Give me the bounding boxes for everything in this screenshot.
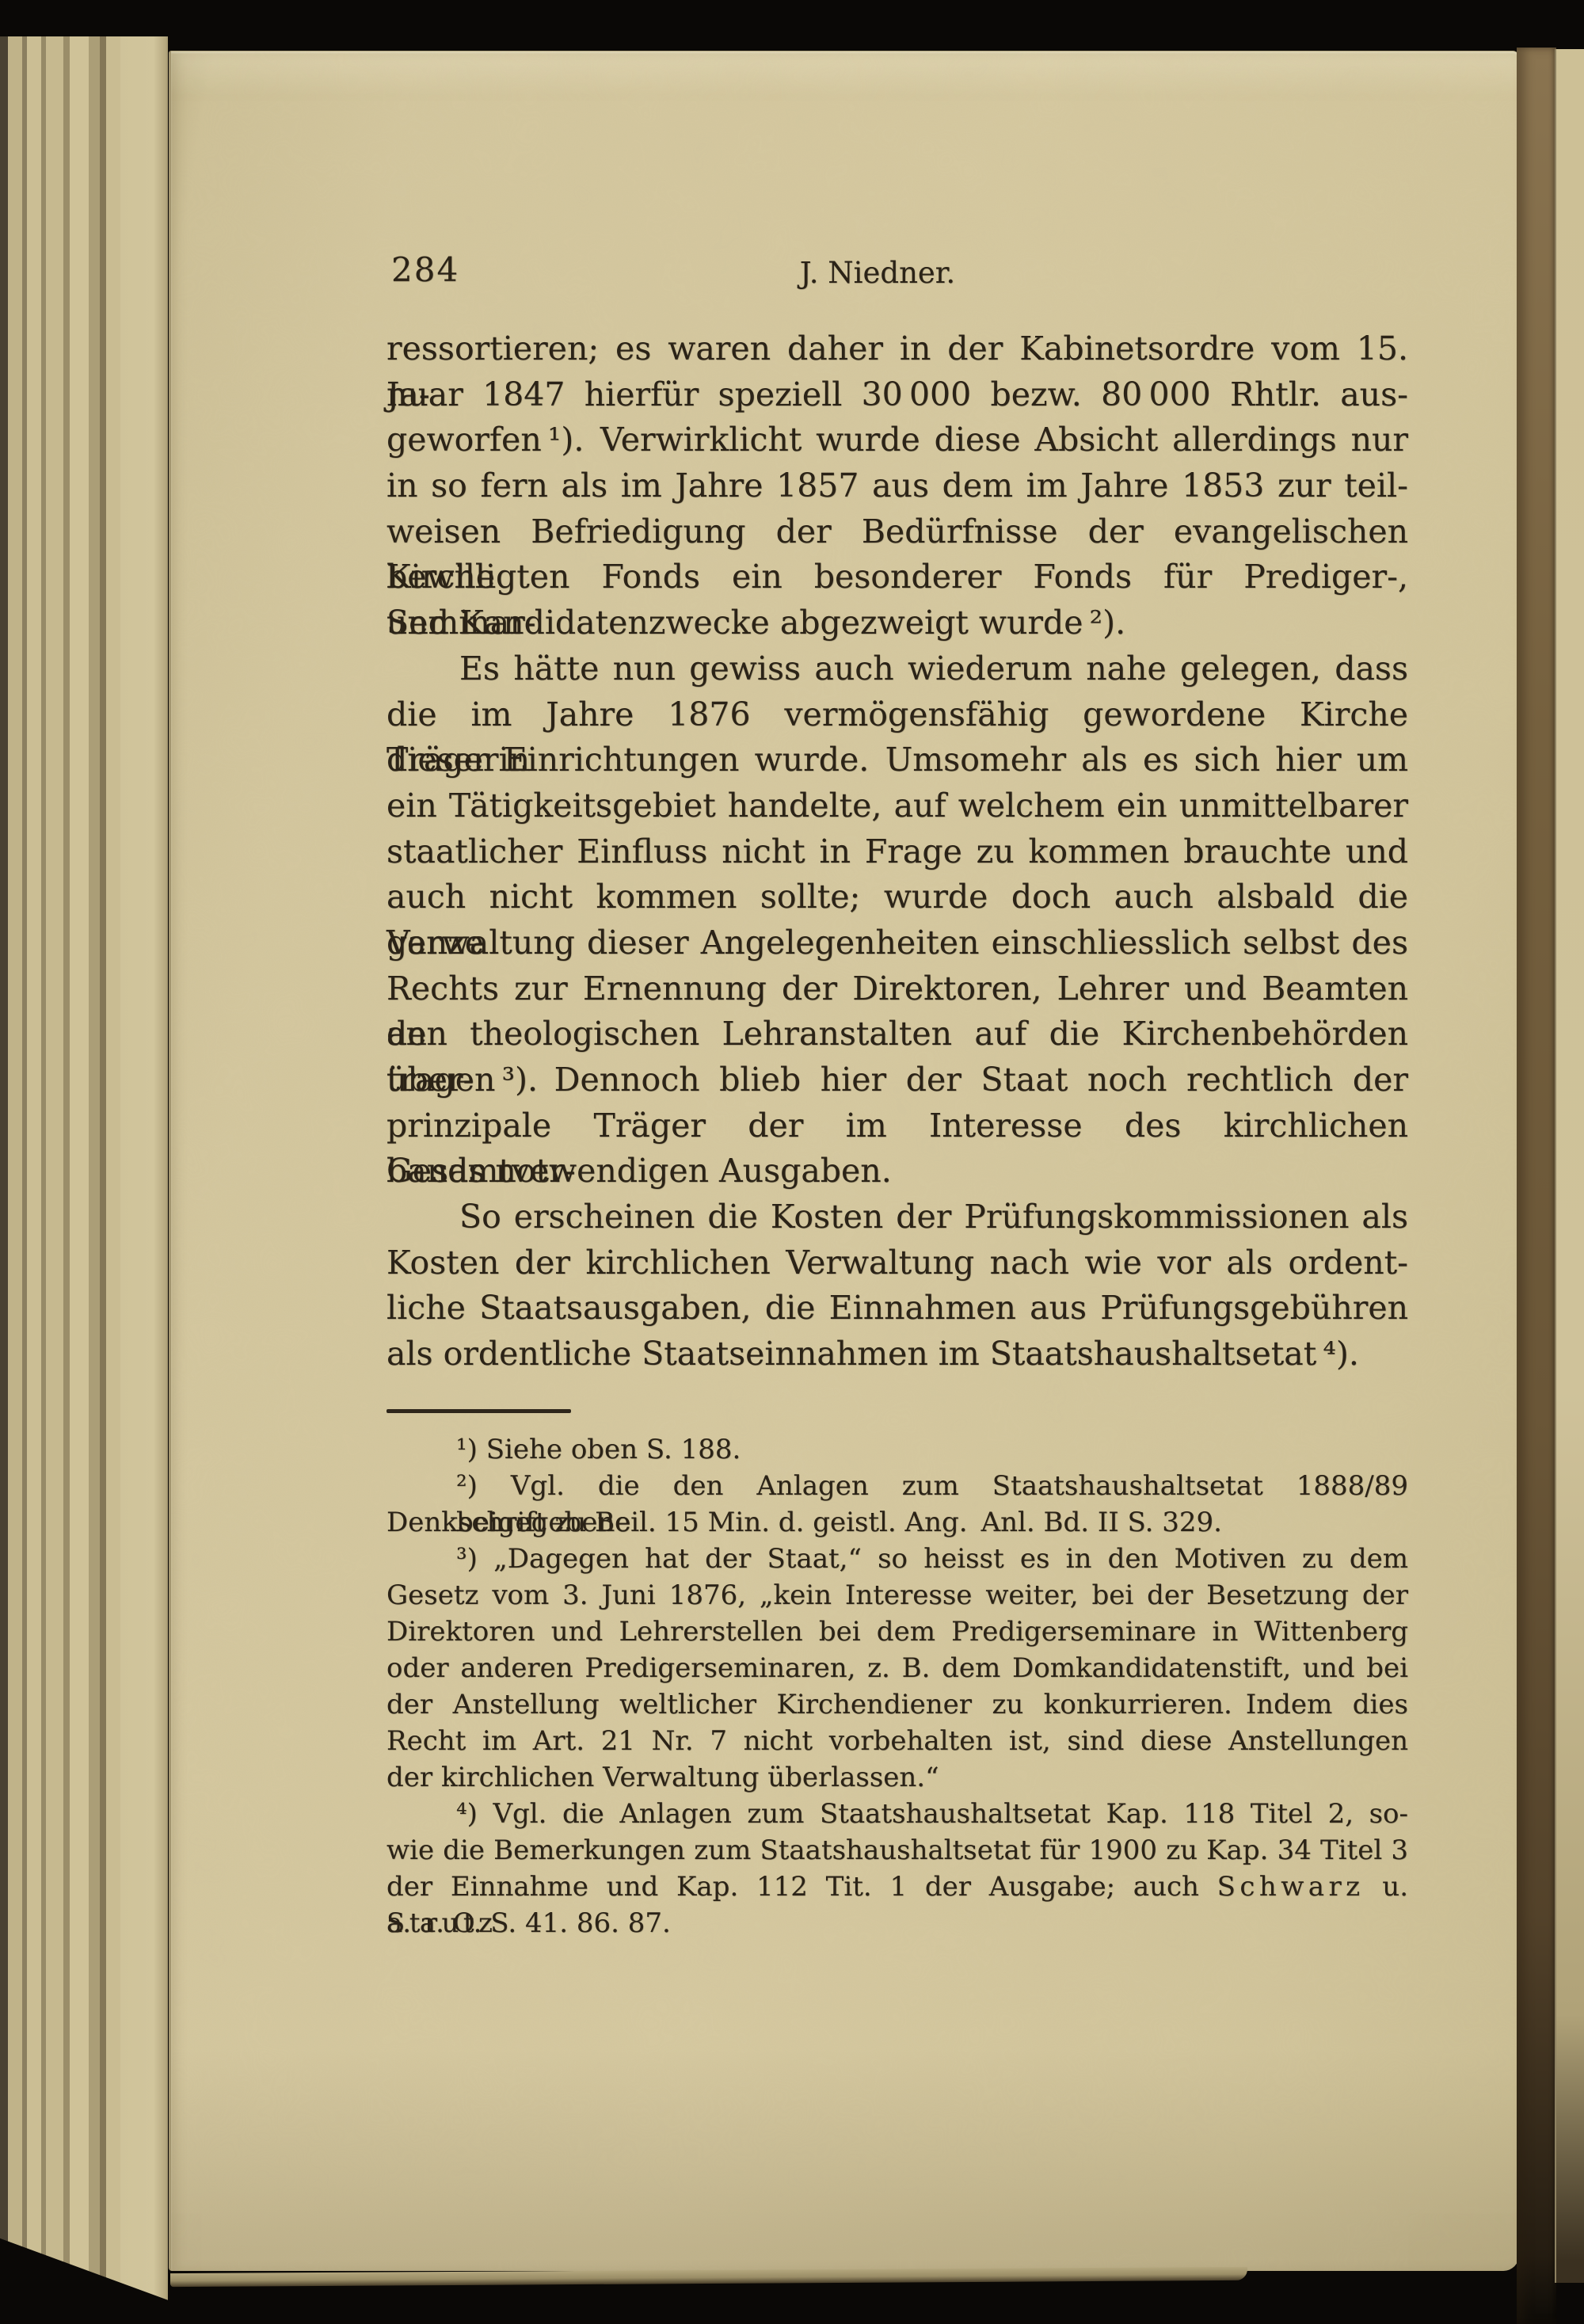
footnote-line: der Einnahme und Kap. 112 Tit. 1 der Aus… [386,1869,1408,1905]
paragraph: So erscheinen die Kosten der Prüfungskom… [386,1194,1408,1377]
body-line: Verwaltung dieser Angelegenheiten einsch… [386,920,1408,966]
footnote-line: oder anderen Predigerseminaren, z. B. de… [386,1650,1408,1686]
body-line: staatlicher Einfluss nicht in Frage zu k… [386,829,1408,875]
body-line: auch nicht kommen sollte; wurde doch auc… [386,874,1408,920]
body-line: ressortieren; es waren daher in der Kabi… [386,326,1408,372]
footnote: ⁴) Vgl. die Anlagen zum Staatshaushaltse… [386,1796,1408,1941]
body-line: in so fern als im Jahre 1857 aus dem im … [386,463,1408,509]
page-text: 284 J. Niedner. ressortieren; es waren d… [0,0,1584,2324]
footnote-line: ³) „Dagegen hat der Staat,“ so heisst es… [386,1541,1408,1577]
paragraph: ressortieren; es waren daher in der Kabi… [386,326,1408,646]
cited-author-name: Schwarz [1217,1871,1365,1903]
footnote-line: ⁴) Vgl. die Anlagen zum Staatshaushaltse… [386,1796,1408,1832]
body-line: ein Tätigkeitsgebiet handelte, auf welch… [386,783,1408,829]
footnote-text-segment: der Einnahme und Kap. 112 Tit. 1 der Aus… [386,1871,1217,1903]
scanned-book-photo: 284 J. Niedner. ressortieren; es waren d… [0,0,1584,2324]
body-line: geworfen ¹). Verwirklicht wurde diese Ab… [386,417,1408,463]
running-header-author: J. Niedner. [386,256,1369,290]
body-line: Es hätte nun gewiss auch wiederum nahe g… [386,646,1408,692]
body-line: So erscheinen die Kosten der Prüfungskom… [386,1194,1408,1240]
footnotes: ¹) Siehe oben S. 188. ²) Vgl. die den An… [386,1431,1408,1941]
footnote: ¹) Siehe oben S. 188. [386,1431,1408,1468]
body-line: den theologischen Lehranstalten auf die … [386,1012,1408,1057]
paragraph: Es hätte nun gewiss auch wiederum nahe g… [386,646,1408,1194]
footnote-line: ²) Vgl. die den Anlagen zum Staatshausha… [386,1468,1408,1504]
body-line: prinzipale Träger der im Interesse des k… [386,1103,1408,1149]
footnote: ³) „Dagegen hat der Staat,“ so heisst es… [386,1541,1408,1796]
footnote-line: Direktoren und Lehrerstellen bei dem Pre… [386,1613,1408,1650]
footnote-line: a. a. O. S. 41. 86. 87. [386,1905,1408,1941]
body-line: bands notwendigen Ausgaben. [386,1149,1408,1194]
footnote-line: der Anstellung weltlicher Kirchendiener … [386,1686,1408,1723]
body-line: Rechts zur Ernennung der Direktoren, Leh… [386,966,1408,1012]
body-line: bewilligten Fonds ein besonderer Fonds f… [386,554,1408,600]
body-line: und Kandidatenzwecke abgezweigt wurde ²)… [386,600,1408,646]
body-line: als ordentliche Staatseinnahmen im Staat… [386,1332,1408,1377]
footnote-text-segment: u. [1365,1871,1408,1903]
body-line: dieser Einrichtungen wurde. Umsomehr als… [386,737,1408,783]
footnote-line: wie die Bemerkungen zum Staatshaushaltse… [386,1832,1408,1869]
body-text: ressortieren; es waren daher in der Kabi… [386,326,1408,1377]
footnote-line: Recht im Art. 21 Nr. 7 nicht vorbehalten… [386,1723,1408,1759]
footnote-line: Gesetz vom 3. Juni 1876, „kein Interesse… [386,1577,1408,1613]
footnote-line: der kirchlichen Verwaltung überlassen.“ [386,1759,1408,1796]
footnote: ²) Vgl. die den Anlagen zum Staatshausha… [386,1468,1408,1541]
body-line: weisen Befriedigung der Bedürfnisse der … [386,509,1408,555]
body-line: nuar 1847 hierfür speziell 30 000 bezw. … [386,372,1408,418]
body-line: die im Jahre 1876 vermögensfähig geworde… [386,692,1408,738]
footnote-line: ¹) Siehe oben S. 188. [386,1431,1408,1468]
body-line: tragen ³). Dennoch blieb hier der Staat … [386,1057,1408,1103]
footnote-line: Denkschrift zu Beil. 15 Min. d. geistl. … [386,1504,1408,1541]
body-line: liche Staatsausgaben, die Einnahmen aus … [386,1286,1408,1332]
footnote-separator [386,1409,571,1413]
body-line: Kosten der kirchlichen Verwaltung nach w… [386,1240,1408,1286]
